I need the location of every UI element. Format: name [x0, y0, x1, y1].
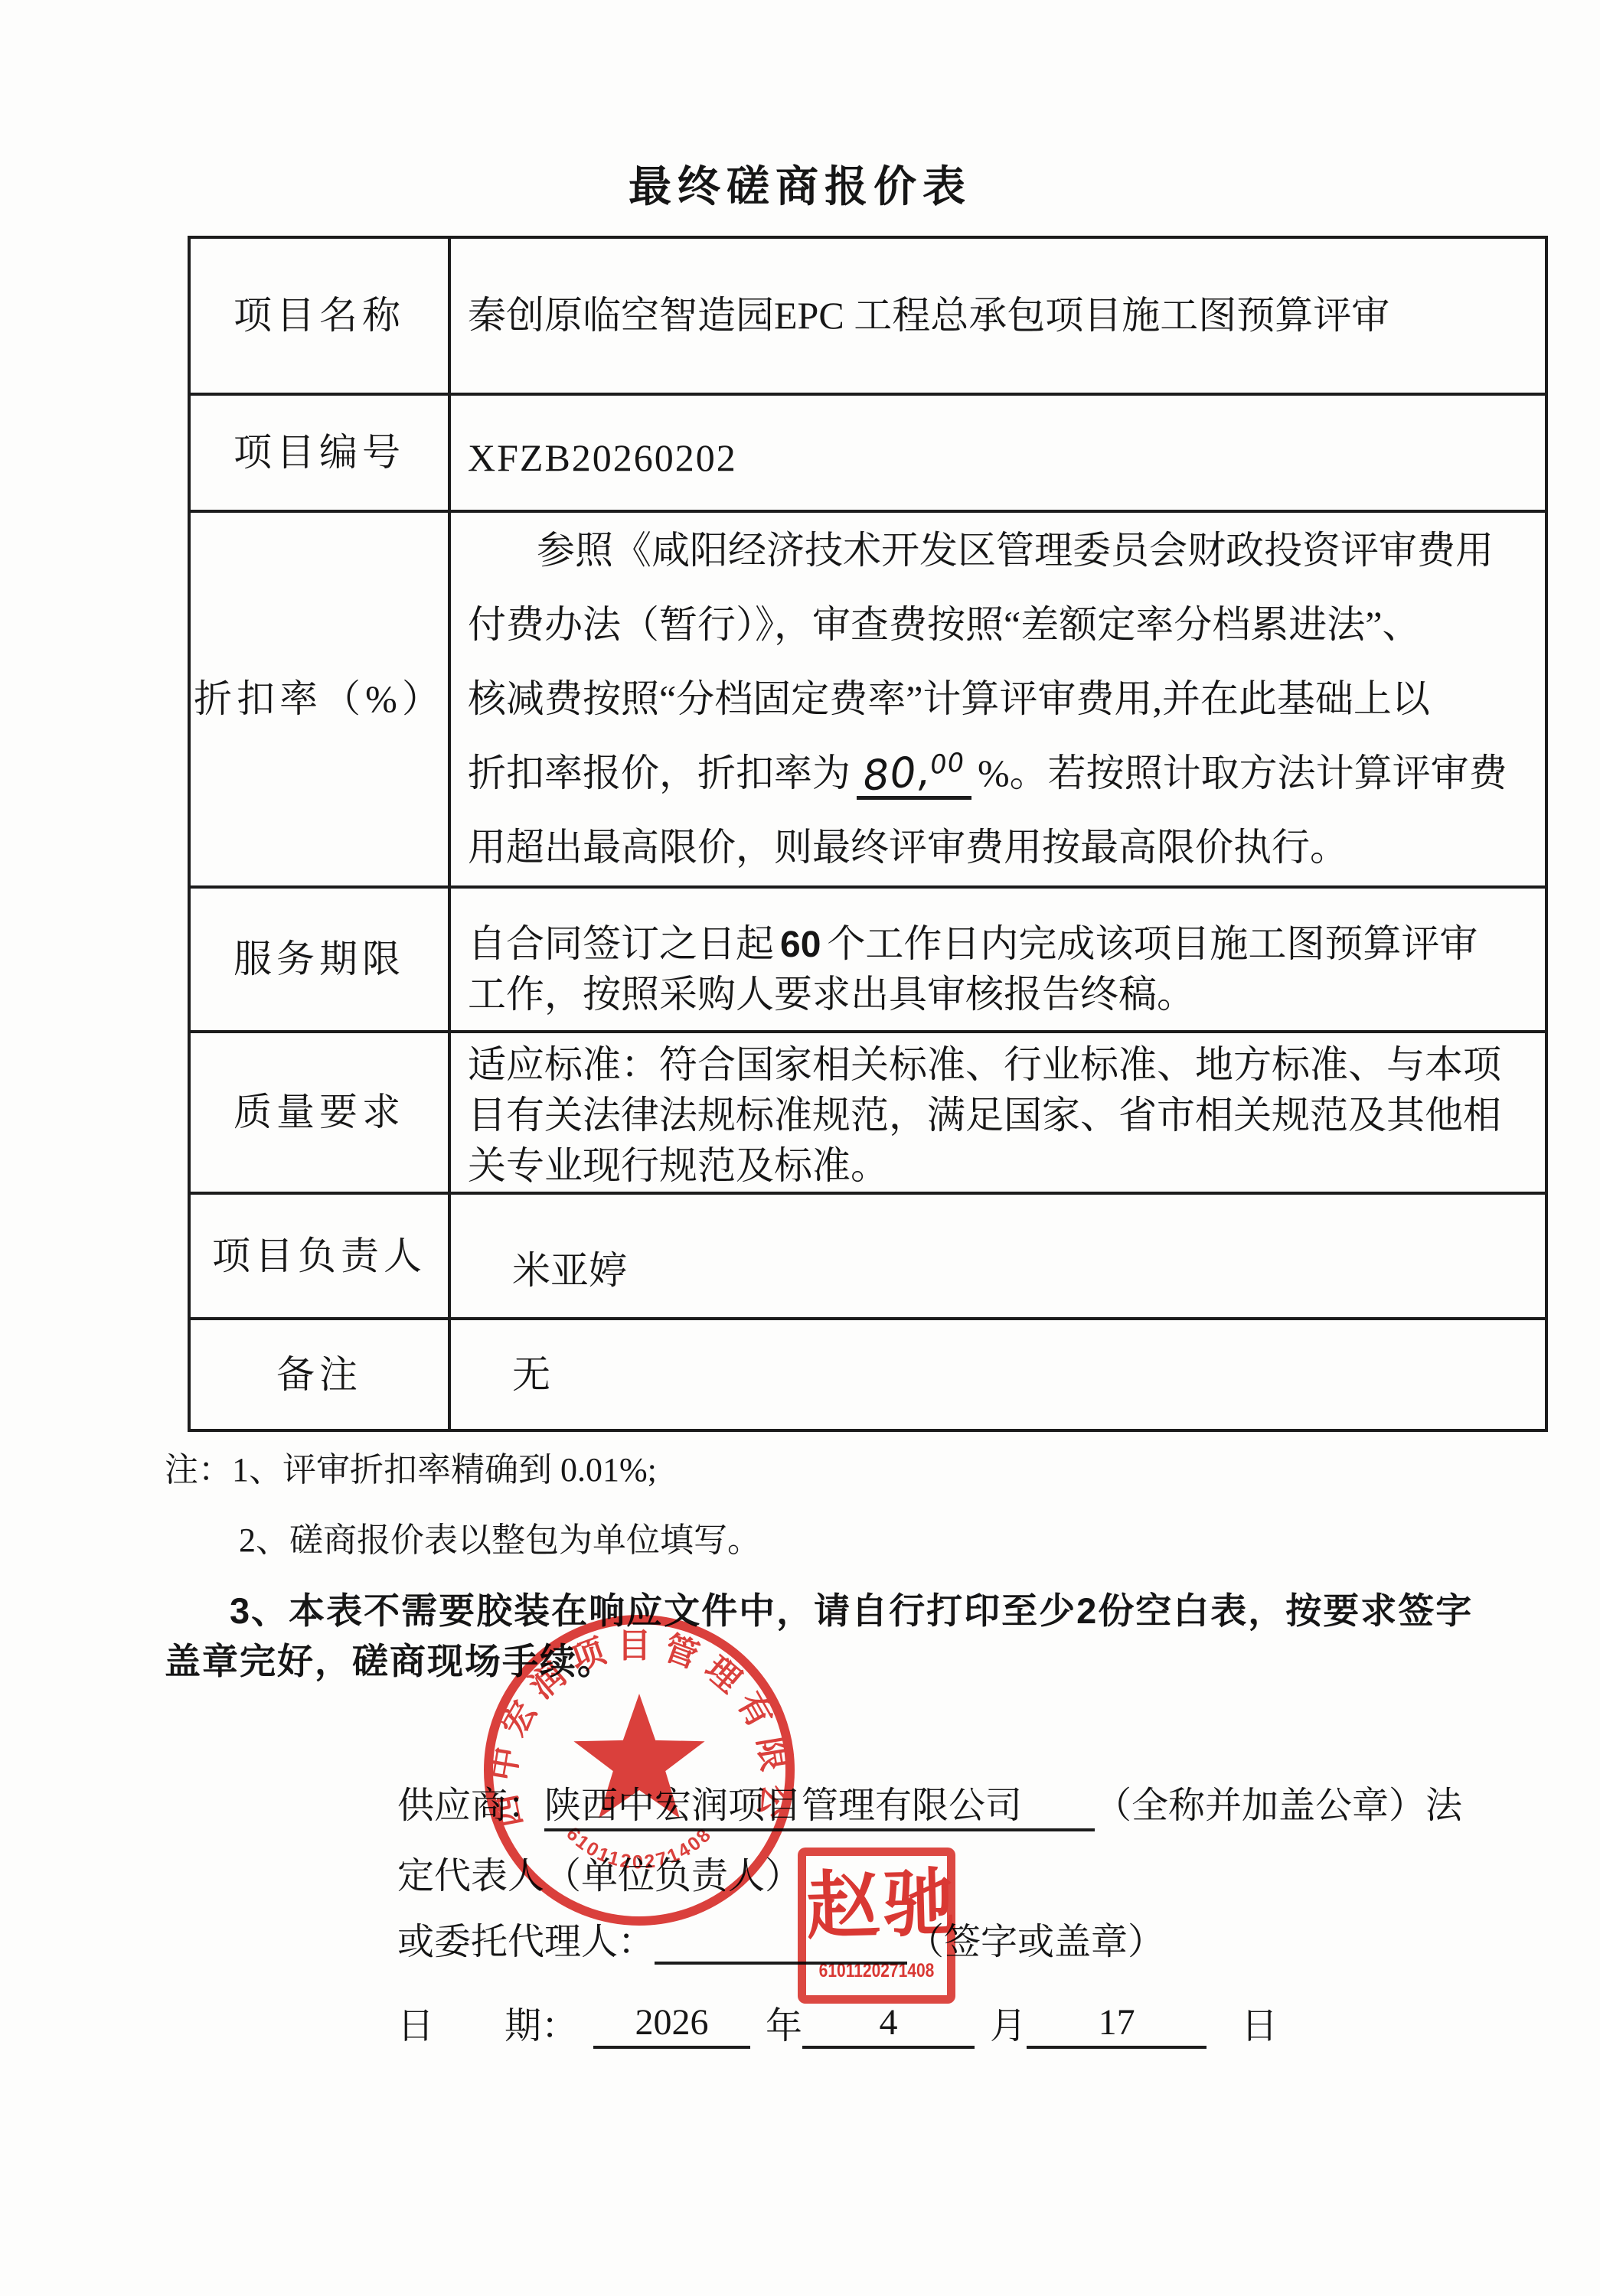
project-no-label: 项目编号: [189, 394, 449, 511]
date-label-qi: 期：: [504, 2006, 578, 2047]
table-row-discount: 折扣率（%） 参照《咸阳经济技术开发区管理委员会财政投资评审费用 付费办法（暂行…: [189, 511, 1546, 887]
service-term-value: 自合同签订之日起60个工作日内完成该项目施工图预算评审 工作，按照采购人要求出具…: [449, 887, 1546, 1032]
date-year-value: 2026: [593, 2001, 750, 2049]
note-1: 注：1、评审折扣率精确到 0.01%;: [165, 1442, 657, 1491]
discount-line-5: 用超出最高限价，则最终评审费用按最高限价执行。: [468, 810, 1544, 885]
date-day-value: 17: [1027, 2001, 1207, 2049]
seal-number: 6101120271408: [562, 1823, 717, 1873]
project-name-value: 秦创原临空智造园EPC 工程总承包项目施工图预算评审: [449, 237, 1546, 394]
name-seal: 赵驰 6101120271408: [798, 1848, 955, 2004]
project-no-value: XFZB20260202: [449, 394, 1546, 511]
discount-rate-handwritten-value: 80,00: [860, 743, 967, 800]
manager-label: 项目负责人: [189, 1193, 449, 1319]
seal-star-icon: [573, 1694, 704, 1818]
table-row-project-name: 项目名称 秦创原临空智造园EPC 工程总承包项目施工图预算评审: [189, 237, 1546, 394]
discount-line-2: 付费办法（暂行）》，审查费按照“差额定率分档累进法”、: [468, 588, 1544, 662]
quality-line-3: 关专业现行规范及标准。: [468, 1140, 1544, 1191]
table-row-manager: 项目负责人 米亚婷: [189, 1193, 1546, 1319]
date-line: 日期：2026年4月17日: [397, 1996, 1278, 2049]
date-month-unit: 月: [990, 2006, 1027, 2047]
scanned-document-page: 最终磋商报价表 项目名称 秦创原临空智造园EPC 工程总承包项目施工图预算评审 …: [0, 0, 1600, 2296]
date-month-value: 4: [802, 2001, 975, 2049]
discount-rate-fill-underline: 80,00: [857, 748, 971, 800]
quality-line-1: 适应标准：符合国家相关标准、行业标准、地方标准、与本项: [468, 1039, 1544, 1090]
discount-label: 折扣率（%）: [189, 511, 449, 887]
date-label-ri: 日: [397, 2006, 434, 2047]
quality-value: 适应标准：符合国家相关标准、行业标准、地方标准、与本项 目有关法律法规标准规范，…: [449, 1032, 1546, 1193]
name-seal-name: 赵驰: [805, 1859, 948, 1953]
remark-value: 无: [449, 1319, 1546, 1430]
service-term-line-1: 自合同签订之日起60个工作日内完成该项目施工图预算评审: [468, 919, 1544, 970]
date-year-unit: 年: [766, 2006, 802, 2047]
table-row-project-no: 项目编号 XFZB20260202: [189, 394, 1546, 511]
manager-value: 米亚婷: [449, 1193, 1546, 1319]
service-term-label: 服务期限: [189, 887, 449, 1032]
date-day-unit: 日: [1241, 2006, 1278, 2047]
discount-value: 参照《咸阳经济技术开发区管理委员会财政投资评审费用 付费办法（暂行）》，审查费按…: [449, 511, 1546, 887]
discount-line-1: 参照《咸阳经济技术开发区管理委员会财政投资评审费用: [468, 514, 1544, 588]
service-term-line-2: 工作，按照采购人要求出具审核报告终稿。: [468, 970, 1544, 1019]
note-3-line-1: 3、本表不需要胶装在响应文件中，请自行打印至少2份空白表，按要求签字: [230, 1583, 1473, 1634]
discount-line-4-suffix: %。若按照计取方法计算评审费: [978, 752, 1507, 794]
table-row-quality: 质量要求 适应标准：符合国家相关标准、行业标准、地方标准、与本项 目有关法律法规…: [189, 1032, 1546, 1193]
quality-line-2: 目有关法律法规标准规范，满足国家、省市相关规范及其他相: [468, 1090, 1544, 1140]
company-round-seal: 陕西中宏润项目管理有限公司 6101120271408: [478, 1609, 800, 1931]
svg-text:6101120271408: 6101120271408: [562, 1823, 717, 1873]
supplier-suffix: （全称并加盖公章）法: [1095, 1786, 1462, 1826]
remark-label: 备注: [189, 1319, 449, 1430]
discount-line-4: 折扣率报价，折扣率为80,00%。若按照计取方法计算评审费: [468, 736, 1544, 810]
quality-label: 质量要求: [189, 1032, 449, 1193]
service-days-number: 60: [774, 925, 827, 965]
project-name-label: 项目名称: [189, 237, 449, 394]
table-row-service-term: 服务期限 自合同签订之日起60个工作日内完成该项目施工图预算评审 工作，按照采购…: [189, 887, 1546, 1032]
quotation-table: 项目名称 秦创原临空智造园EPC 工程总承包项目施工图预算评审 项目编号 XFZ…: [188, 236, 1548, 1432]
discount-line-3: 核减费按照“分档固定费率”计算评审费用,并在此基础上以: [468, 662, 1544, 736]
table-row-remark: 备注 无: [189, 1319, 1546, 1430]
note-2: 2、磋商报价表以整包为单位填写。: [239, 1512, 761, 1561]
name-seal-number: 6101120271408: [818, 1962, 936, 1981]
discount-line-4-prefix: 折扣率报价，折扣率为: [468, 752, 851, 794]
document-title: 最终磋商报价表: [0, 153, 1600, 214]
